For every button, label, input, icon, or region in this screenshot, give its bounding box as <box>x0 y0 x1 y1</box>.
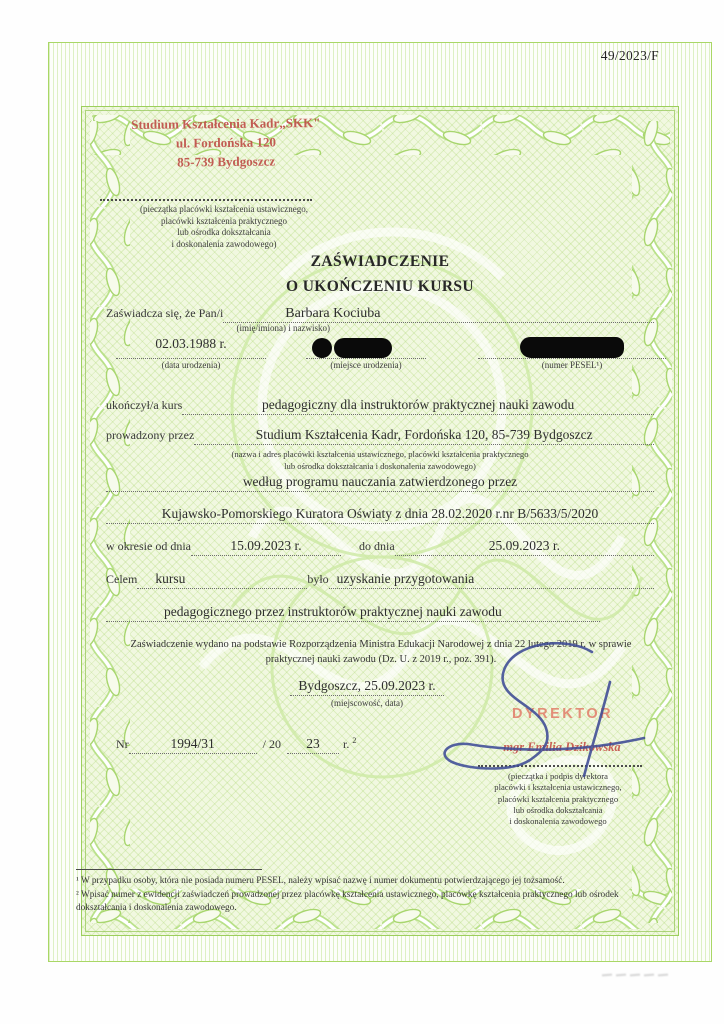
footnote-1: ¹ W przypadku osoby, która nie posiada n… <box>76 875 660 888</box>
footnote-2: ² Wpisać numer z ewidencji zaświadczeń p… <box>76 889 660 915</box>
reference-number: 49/2023/F <box>601 48 659 64</box>
signature-block: DYREKTOR mgr Emilia Dzikowska (pieczątka… <box>440 644 672 844</box>
pesel-line <box>478 335 666 359</box>
stamp-caption-line: (pieczątka placówki kształcenia ustawicz… <box>90 204 358 216</box>
number-entry: 1994/31 <box>129 735 257 754</box>
redaction-birth-place-dot <box>312 338 332 358</box>
aim-value1: uzyskanie przygotowania <box>337 571 475 586</box>
certificate-title: ZAŚWIADCZENIE O UKOŃCZENIU KURSU <box>82 253 678 296</box>
number-mid: / 20 <box>257 737 283 754</box>
name-entry: Barbara Kociuba (imię/imiona) i nazwisko… <box>223 304 654 323</box>
number-value: 1994/31 <box>171 736 215 751</box>
period-from-entry: 15.09.2023 r. <box>191 537 341 556</box>
birth-place-caption: (miejsce urodzenia) <box>306 360 426 370</box>
institution-stamp: Studium Kształcenia Kadr„SKK" ul. Fordoń… <box>100 114 353 173</box>
authority-row: Kujawsko-Pomorskiego Kuratora Oświaty z … <box>106 505 654 524</box>
scanned-page: 49/2023/F <box>0 0 724 1024</box>
certificate-paper: 49/2023/F <box>48 42 712 962</box>
stamp-caption-line: placówki kształcenia praktycznego <box>90 216 358 228</box>
handwritten-signature <box>434 642 670 792</box>
aim-row2: pedagogicznego przez instruktorów prakty… <box>106 603 600 622</box>
pesel-caption: (numer PESEL¹) <box>478 360 666 370</box>
name-label: Zaświadcza się, że Pan/i <box>106 306 223 323</box>
footnote-ref-2: 2 <box>352 736 356 745</box>
aim-row: Celem kursu było uzyskanie przygotowania <box>106 570 654 589</box>
period-from-label: w okresie od dnia <box>106 539 191 556</box>
title-line2: O UKOŃCZENIU KURSU <box>82 278 678 296</box>
program-entry: według programu nauczania zatwierdzonego… <box>106 473 654 492</box>
stamp-dotted-line <box>100 199 312 201</box>
number-suffix: r. 2 <box>343 736 356 754</box>
authority-entry: Kujawsko-Pomorskiego Kuratora Oświaty z … <box>106 505 654 524</box>
provider-entry: Studium Kształcenia Kadr, Fordońska 120,… <box>194 426 654 445</box>
period-to-label: do dnia <box>359 539 395 556</box>
certificate-panel: Studium Kształcenia Kadr„SKK" ul. Fordoń… <box>81 106 679 936</box>
stamp-caption-line: lub ośrodka dokształcania <box>90 227 358 239</box>
footnotes: ¹ W przypadku osoby, która nie posiada n… <box>76 875 660 917</box>
signature-caption-line: placówki kształcenia praktycznego <box>458 794 658 805</box>
provider-label: prowadzony przez <box>106 428 194 445</box>
birth-date: 02.03.1988 r. <box>155 336 226 351</box>
number-year-entry: 23 <box>287 735 339 754</box>
provider-row: prowadzony przez Studium Kształcenia Kad… <box>106 426 654 445</box>
aim-label2: było <box>307 572 328 589</box>
birth-place-column: (miejsce urodzenia) <box>306 335 426 370</box>
course-row: ukończył/a kurs pedagogiczny dla instruk… <box>106 396 654 415</box>
name-row: Zaświadcza się, że Pan/i Barbara Kociuba… <box>106 304 654 323</box>
program-row: według programu nauczania zatwierdzonego… <box>106 473 654 492</box>
institution-stamp-line1: Studium Kształcenia Kadr„SKK" <box>100 114 352 135</box>
footnote-separator <box>76 869 262 870</box>
course-entry: pedagogiczny dla instruktorów praktyczne… <box>182 396 654 415</box>
place-date-line: Bydgoszcz, 25.09.2023 r. <box>290 677 443 696</box>
period-to-entry: 25.09.2023 r. <box>395 537 654 556</box>
number-label: Nr <box>116 737 129 754</box>
stamp-caption: (pieczątka placówki kształcenia ustawicz… <box>90 204 358 251</box>
aim-entry3: pedagogicznego przez instruktorów prakty… <box>106 603 600 622</box>
provider-caption-line1: (nazwa i adres placówki kształcenia usta… <box>82 449 678 461</box>
period-from-date: 15.09.2023 r. <box>230 538 301 553</box>
scan-artifact <box>600 963 692 979</box>
provider-name: Studium Kształcenia Kadr, Fordońska 120,… <box>256 427 593 442</box>
title-line1: ZAŚWIADCZENIE <box>82 253 678 271</box>
redaction-birth-place <box>334 338 392 358</box>
program-authority: Kujawsko-Pomorskiego Kuratora Oświaty z … <box>162 506 598 521</box>
birth-date-line: 02.03.1988 r. <box>116 335 266 359</box>
course-name: pedagogiczny dla instruktorów praktyczne… <box>262 397 574 412</box>
aim-entry1: kursu <box>137 570 307 589</box>
signature-caption-line: lub ośrodka dokształcania <box>458 805 658 816</box>
period-to-date: 25.09.2023 r. <box>489 538 560 553</box>
birth-place-line <box>306 335 426 359</box>
name-caption: (imię/imiona) i nazwisko) <box>163 323 403 333</box>
program-label: według programu nauczania zatwierdzonego… <box>243 474 517 489</box>
aim-word: kursu <box>155 571 185 586</box>
stamp-caption-line: i doskonalenia zawodowego) <box>90 239 358 251</box>
period-row: w okresie od dnia 15.09.2023 r. do dnia … <box>106 537 654 556</box>
certificate-number-row: Nr 1994/31 / 20 23 r. 2 <box>116 735 356 754</box>
birth-data-row: 02.03.1988 r. (data urodzenia) (miejsce … <box>106 335 654 381</box>
birth-date-caption: (data urodzenia) <box>116 360 266 370</box>
institution-stamp-line3: 85-739 Bydgoszcz <box>100 151 352 172</box>
course-label: ukończył/a kurs <box>106 398 182 415</box>
recipient-name: Barbara Kociuba <box>285 306 380 321</box>
birth-date-column: 02.03.1988 r. (data urodzenia) <box>116 335 266 370</box>
provider-caption: (nazwa i adres placówki kształcenia usta… <box>82 449 678 472</box>
pesel-column: (numer PESEL¹) <box>478 335 666 370</box>
provider-caption-line2: lub ośrodka dokształcania i doskonalenia… <box>82 461 678 473</box>
aim-value2: pedagogicznego przez instruktorów prakty… <box>164 604 502 619</box>
place-date: Bydgoszcz, 25.09.2023 r. <box>298 678 435 693</box>
aim-label1: Celem <box>106 572 137 589</box>
number-year: 23 <box>306 736 320 751</box>
aim-entry2: uzyskanie przygotowania <box>329 570 654 589</box>
signature-caption-line: i doskonalenia zawodowego <box>458 816 658 827</box>
redaction-pesel <box>520 337 624 358</box>
